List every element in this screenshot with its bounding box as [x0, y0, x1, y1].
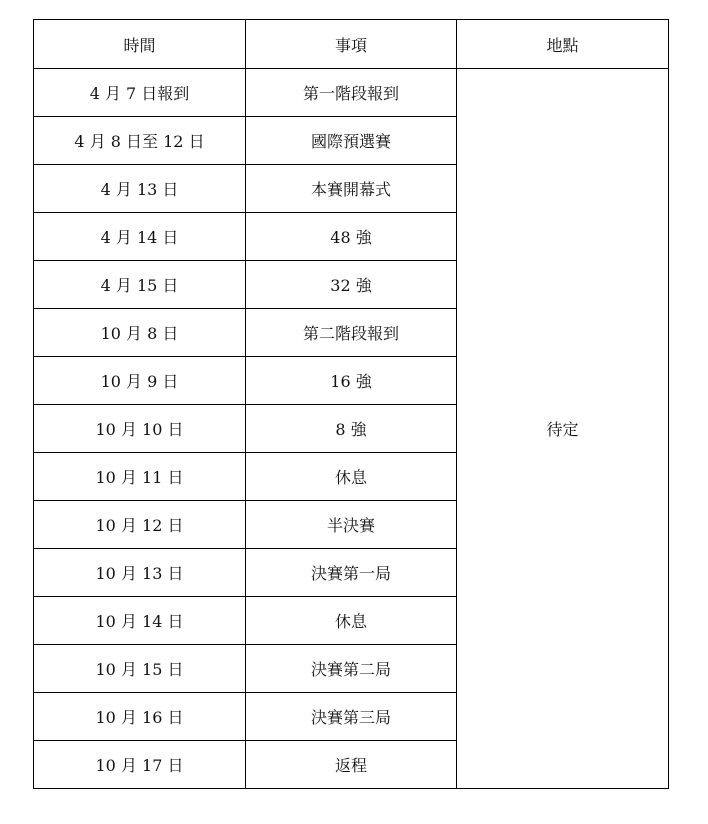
event-cell: 決賽第一局 — [246, 549, 457, 597]
time-cell: 4 月 15 日 — [34, 261, 246, 309]
event-cell: 16 強 — [246, 357, 457, 405]
header-location: 地點 — [457, 20, 669, 69]
location-cell: 待定 — [457, 69, 669, 789]
time-cell: 10 月 16 日 — [34, 693, 246, 741]
event-cell: 8 強 — [246, 405, 457, 453]
time-cell: 10 月 14 日 — [34, 597, 246, 645]
event-cell: 休息 — [246, 597, 457, 645]
schedule-table: 時間 事項 地點 4 月 7 日報到 第一階段報到 待定 4 月 8 日至 12… — [33, 19, 669, 789]
time-cell: 4 月 13 日 — [34, 165, 246, 213]
event-cell: 決賽第三局 — [246, 693, 457, 741]
event-cell: 48 強 — [246, 213, 457, 261]
event-cell: 國際預選賽 — [246, 117, 457, 165]
event-cell: 休息 — [246, 453, 457, 501]
event-cell: 32 強 — [246, 261, 457, 309]
event-cell: 半決賽 — [246, 501, 457, 549]
event-cell: 第二階段報到 — [246, 309, 457, 357]
time-cell: 10 月 8 日 — [34, 309, 246, 357]
time-cell: 4 月 7 日報到 — [34, 69, 246, 117]
event-cell: 決賽第二局 — [246, 645, 457, 693]
time-cell: 10 月 9 日 — [34, 357, 246, 405]
event-cell: 返程 — [246, 741, 457, 789]
time-cell: 10 月 10 日 — [34, 405, 246, 453]
event-cell: 第一階段報到 — [246, 69, 457, 117]
table-row: 4 月 7 日報到 第一階段報到 待定 — [34, 69, 669, 117]
time-cell: 10 月 11 日 — [34, 453, 246, 501]
time-cell: 10 月 12 日 — [34, 501, 246, 549]
header-row: 時間 事項 地點 — [34, 20, 669, 69]
time-cell: 10 月 15 日 — [34, 645, 246, 693]
event-cell: 本賽開幕式 — [246, 165, 457, 213]
header-time: 時間 — [34, 20, 246, 69]
time-cell: 4 月 8 日至 12 日 — [34, 117, 246, 165]
time-cell: 4 月 14 日 — [34, 213, 246, 261]
time-cell: 10 月 17 日 — [34, 741, 246, 789]
header-event: 事項 — [246, 20, 457, 69]
time-cell: 10 月 13 日 — [34, 549, 246, 597]
